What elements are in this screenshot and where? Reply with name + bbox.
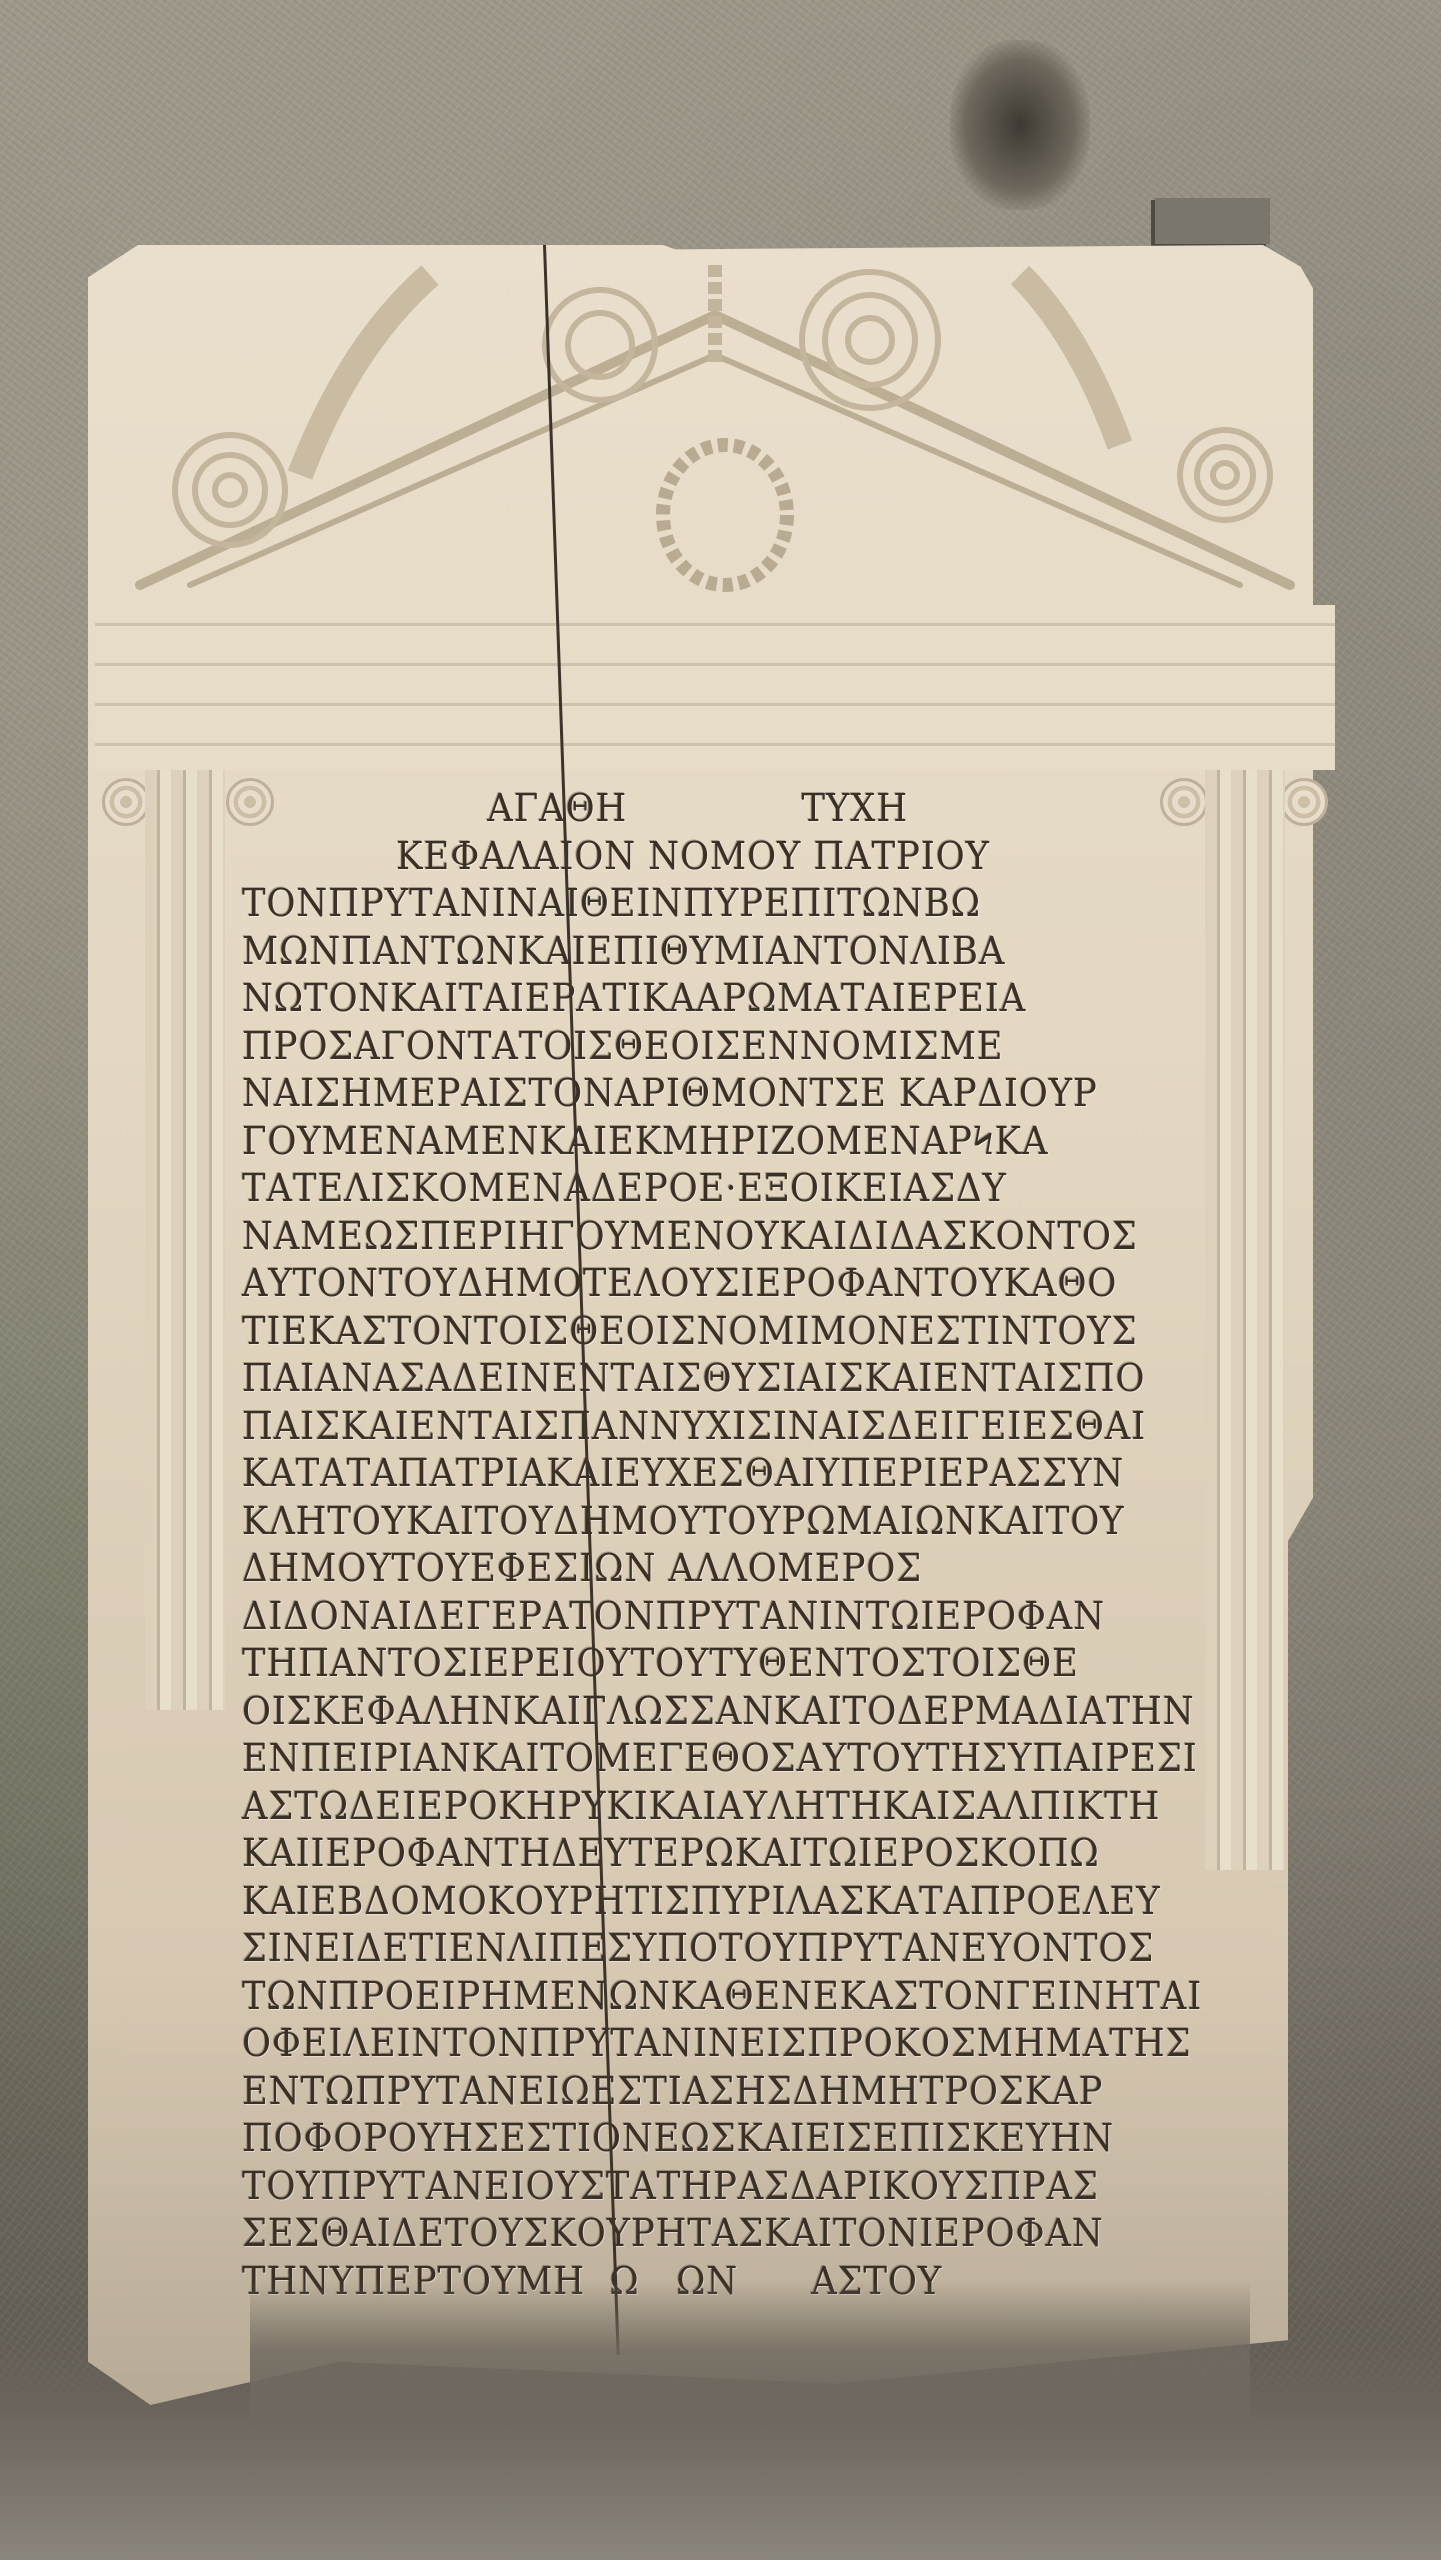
inscription-line: ΚΑΤΑΤΑΠΑΤΡΙΑΚΑΙΕΥΧΕΣΘΑΙΥΠΕΡΙΕΡΑΣΣΥΝ <box>242 1450 1144 1498</box>
inscription-line: ΠΡΟΣΑΓΟΝΤΑΤΟΙΣΘΕΟΙΣΕΝΝΟΜΙΣΜΕ <box>242 1023 1144 1071</box>
inscription-line: ΠΑΙΣΚΑΙΕΝΤΑΙΣΠΑΝΝΥΧΙΣΙΝΑΙΣΔΕΙΓΕΙΕΣΘΑΙ <box>242 1403 1144 1451</box>
weathered-base <box>250 2280 1250 2420</box>
inscription-line: ΕΝΤΩΠΡΥΤΑΝΕΙΩΕΣΤΙΑΣΗΣΔΗΜΗΤΡΟΣΚΑΡ <box>242 2068 1144 2116</box>
pediment-ornament-icon <box>100 245 1330 605</box>
inscription-line: ΝΑΜΕΩΣΠΕΡΙΗΓΟΥΜΕΝΟΥΚΑΙΔΙΔΑΣΚΟΝΤΟΣ <box>242 1213 1144 1261</box>
inscription-line: ΚΑΙΕΒΔΟΜΟΚΟΥΡΗΤΙΣΠΥΡΙΛΑΣΚΑΤΑΠΡΟΕΛΕΥ <box>242 1878 1144 1926</box>
inscription-line: ΤΙΕΚΑΣΤΟΝΤΟΙΣΘΕΟΙΣΝΟΜΙΜΟΝΕΣΤΙΝΤΟΥΣ <box>242 1308 1144 1356</box>
inscription-line: ΠΑΙΑΝΑΣΑΔΕΙΝΕΝΤΑΙΣΘΥΣΙΑΙΣΚΑΙΕΝΤΑΙΣΠΟ <box>242 1355 1144 1403</box>
inscription-line: ΑΣΤΩΔΕΙΕΡΟΚΗΡΥΚΙΚΑΙΑΥΛΗΤΗΚΑΙΣΑΛΠΙΚΤΗ <box>242 1783 1144 1831</box>
inscription-line: ΚΕΦΑΛΑΙΟΝ ΝΟΜΟΥ ΠΑΤΡΙΟΥ <box>242 833 1144 881</box>
inscription-line: ΣΙΝΕΙΔΕΤΙΕΝΛΙΠΕΣΥΠΟΤΟΥΠΡΥΤΑΝΕΥΟΝΤΟΣ <box>242 1925 1144 1973</box>
entablature-moulding <box>95 605 1335 770</box>
pediment-relief <box>100 245 1330 605</box>
inscription-line: ΚΑΙΙΕΡΟΦΑΝΤΗΔΕΥΤΕΡΩΚΑΙΤΩΙΕΡΟΣΚΟΠΩ <box>242 1830 1144 1878</box>
inscription-line: ΤΗΠΑΝΤΟΣΙΕΡΕΙΟΥΤΟΥΤΥΘΕΝΤΟΣΤΟΙΣΘΕ <box>242 1640 1144 1688</box>
inscription-line: ΚΛΗΤΟΥΚΑΙΤΟΥΔΗΜΟΥΤΟΥΡΩΜΑΙΩΝΚΑΙΤΟΥ <box>242 1498 1144 1546</box>
inscription-line: ΓΟΥΜΕΝΑΜΕΝΚΑΙΕΚΜΗΡΙΖΟΜΕΝΑΡϞΚΑ <box>242 1118 1144 1166</box>
inscription-field: ΑΓΑΘΗ ΤΥΧΗ ΚΕΦΑΛΑΙΟΝ ΝΟΜΟΥ ΠΑΤΡΙΟΥ ΤΟΝΠΡ… <box>242 785 1212 2355</box>
inscription-line: ΤΩΝΠΡΟΕΙΡΗΜΕΝΩΝΚΑΘΕΝΕΚΑΣΤΟΝΓΕΙΝΗΤΑΙ <box>242 1973 1144 2021</box>
inscription-line: ΔΗΜΟΥΤΟΥΕΦΕΣΙΩΝ ΑΛΛΟΜΕΡΟΣ <box>242 1545 1144 1593</box>
inscription-heading: ΑΓΑΘΗ ΤΥΧΗ <box>242 785 1144 833</box>
left-pilaster <box>145 770 225 1710</box>
inscription-line: ΟΦΕΙΛΕΙΝΤΟΝΠΡΥΤΑΝΙΝΕΙΣΠΡΟΚΟΣΜΗΜΑΤΗΣ <box>242 2020 1144 2068</box>
inscription-line: ΑΥΤΟΝΤΟΥΔΗΜΟΤΕΛΟΥΣΙΕΡΟΦΑΝΤΟΥΚΑΘΟ <box>242 1260 1144 1308</box>
inscription-line: ΤΑΤΕΛΙΣΚΟΜΕΝΑΔΕΡΟΕ·ΕΞΟΙΚΕΙΑΣΔΥ <box>242 1165 1144 1213</box>
heading-right: ΤΥΧΗ <box>802 785 909 833</box>
inscription-line: ΣΕΣΘΑΙΔΕΤΟΥΣΚΟΥΡΗΤΑΣΚΑΙΤΟΝΙΕΡΟΦΑΝ <box>242 2210 1144 2258</box>
inscription-line: ΠΟΦΟΡΟΥΗΣΕΣΤΙΟΝΕΩΣΚΑΙΕΙΣΕΠΙΣΚΕΥΗΝ <box>242 2115 1144 2163</box>
heading-left: ΑΓΑΘΗ <box>487 785 627 833</box>
inscription-line: ΤΟΝΠΡΥΤΑΝΙΝΑΙΘΕΙΝΠΥΡΕΠΙΤΩΝΒΩ <box>242 880 1144 928</box>
inscription-line: ΜΩΝΠΑΝΤΩΝΚΑΙΕΠΙΘΥΜΙΑΝΤΟΝΛΙΒΑ <box>242 928 1144 976</box>
volute-icon <box>1280 778 1328 826</box>
volute-icon <box>102 778 150 826</box>
inscription-line: ΕΝΠΕΙΡΙΑΝΚΑΙΤΟΜΕΓΕΘΟΣΑΥΤΟΥΤΗΣΥΠΑΙΡΕΣΙ <box>242 1735 1144 1783</box>
inscription-line: ΝΑΙΣΗΜΕΡΑΙΣΤΟΝΑΡΙΘΜΟΝΤΣΕ ΚΑΡΔΙΟΥΡ <box>242 1070 1144 1118</box>
blank-label-plaque <box>1155 198 1270 244</box>
inscription-line: ΤΟΥΠΡΥΤΑΝΕΙΟΥΣΤΑΤΗΡΑΣΔΑΡΙΚΟΥΣΠΡΑΣ <box>242 2163 1144 2211</box>
wall-cavity <box>950 40 1090 210</box>
right-pilaster <box>1205 770 1285 1870</box>
inscription-line: ΝΩΤΟΝΚΑΙΤΑΙΕΡΑΤΙΚΑΑΡΩΜΑΤΑΙΕΡΕΙΑ <box>242 975 1144 1023</box>
inscription-line: ΟΙΣΚΕΦΑΛΗΝΚΑΙΓΛΩΣΣΑΝΚΑΙΤΟΔΕΡΜΑΔΙΑΤΗΝ <box>242 1688 1144 1736</box>
inscription-line: ΔΙΔΟΝΑΙΔΕΓΕΡΑΤΟΝΠΡΥΤΑΝΙΝΤΩΙΕΡΟΦΑΝ <box>242 1593 1144 1641</box>
